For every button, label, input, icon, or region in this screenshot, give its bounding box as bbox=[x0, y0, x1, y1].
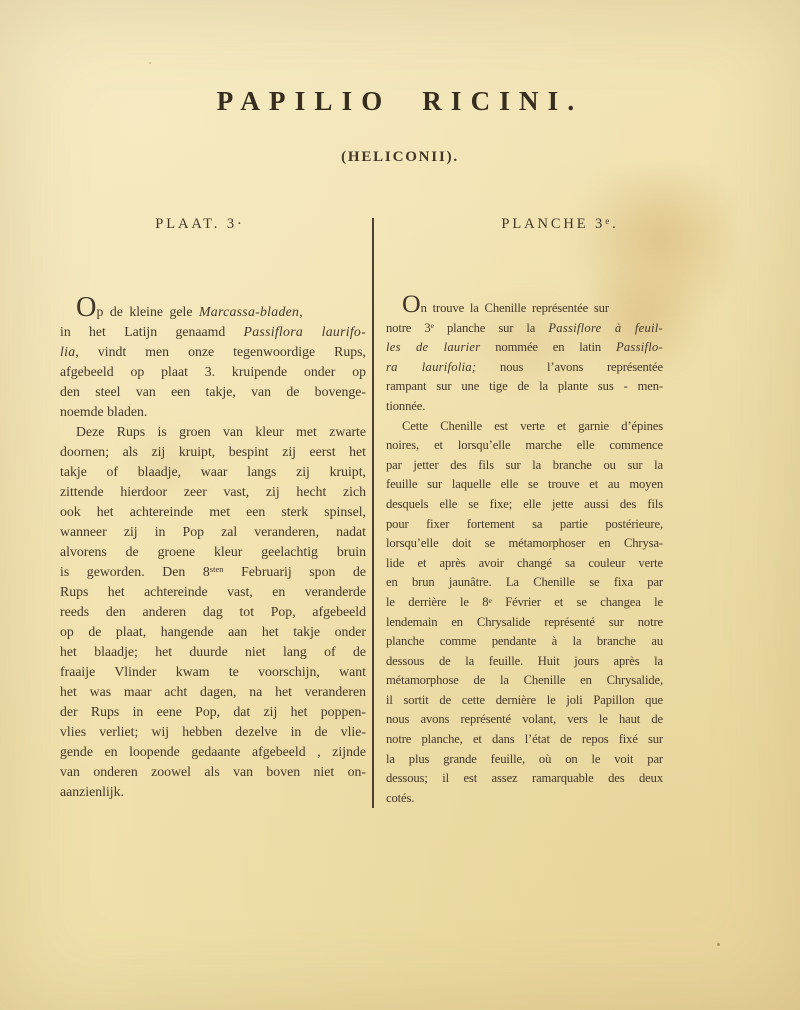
text-line: reeds den anderen dag tot Pop, afgebeeld bbox=[60, 602, 366, 622]
text-line: desquels elle se fixe; elle jette aussi … bbox=[386, 495, 663, 515]
right-column-heading: PLANCHE 3e. bbox=[420, 216, 700, 233]
paragraph: On trouve la Chenille représentée surnot… bbox=[386, 299, 663, 417]
text-line: noires, et lorsqu’elle marche elle comme… bbox=[386, 436, 663, 456]
text-line: notre 3e planche sur la Passiflore à feu… bbox=[386, 319, 663, 339]
text-line: On trouve la Chenille représentée sur bbox=[386, 299, 663, 319]
paper-speck bbox=[149, 62, 151, 64]
text-line: afgebeeld op plaat 3. kruipende onder op bbox=[60, 362, 366, 382]
paragraph: Deze Rups is groen van kleur met zwarted… bbox=[60, 422, 366, 802]
text-line: Cette Chenille est verte et garnie d’épi… bbox=[386, 417, 663, 437]
text-line: het was maar acht dagen, na het verander… bbox=[60, 682, 366, 702]
text-line: in het Latijn genaamd Passiflora laurifo… bbox=[60, 322, 366, 342]
text-line: zittende hierdoor zeer vast, zij hecht z… bbox=[60, 482, 366, 502]
text-line: par jetter des fils sur la branche ou su… bbox=[386, 456, 663, 476]
text-line: notre planche, et dans l’état de repos f… bbox=[386, 730, 663, 750]
text-line: nous avons représenté volant, vers le ha… bbox=[386, 710, 663, 730]
text-line: Op de kleine gele Marcassa-bladen, bbox=[60, 302, 366, 322]
text-line: tionnée. bbox=[386, 397, 663, 417]
text-line: cotés. bbox=[386, 789, 663, 809]
french-text-column: On trouve la Chenille représentée surnot… bbox=[386, 299, 663, 808]
text-line: lide et après avoir changé sa couleur ve… bbox=[386, 554, 663, 574]
text-line: doornen; als zij kruipt, bespint zij eer… bbox=[60, 442, 366, 462]
text-line: la plus grande feuille, où on le voit pa… bbox=[386, 750, 663, 770]
text-line: der Rups in eene Pop, dat zij het poppen… bbox=[60, 702, 366, 722]
text-line: métamorphose de la Chenille en Chrysalid… bbox=[386, 671, 663, 691]
text-line: en brun jaunâtre. La Chenille se fixa pa… bbox=[386, 573, 663, 593]
text-line: le derrière le 8e Février et se changea … bbox=[386, 593, 663, 613]
text-line: lorsqu’elle doit se métamorphoser en Chr… bbox=[386, 534, 663, 554]
text-line: takje of blaadje, waar langs zij kruipt, bbox=[60, 462, 366, 482]
text-line: gende en loopende gedaante afgebeeld , z… bbox=[60, 742, 366, 762]
text-line: aanzienlijk. bbox=[60, 782, 366, 802]
text-line: Rups het achtereinde vast, en veranderde bbox=[60, 582, 366, 602]
text-line: ra laurifolia; nous l’avons représentée bbox=[386, 358, 663, 378]
text-line: wanneer zij in Pop zal veranderen, nadat bbox=[60, 522, 366, 542]
text-line: het blaadje; het duurde niet lang of de bbox=[60, 642, 366, 662]
text-line: rampant sur une tige de la plante sus - … bbox=[386, 377, 663, 397]
paragraph: Op de kleine gele Marcassa-bladen,in het… bbox=[60, 302, 366, 422]
text-line: noemde bladen. bbox=[60, 402, 366, 422]
dutch-text-column: Op de kleine gele Marcassa-bladen,in het… bbox=[60, 302, 366, 802]
page-title: PAPILIO RICINI. bbox=[0, 86, 800, 117]
text-line: il sortit de cette dernière le joli Papi… bbox=[386, 691, 663, 711]
page-subtitle: (HELICONII). bbox=[0, 149, 800, 166]
text-line: op de plaat, hangende aan het takje onde… bbox=[60, 622, 366, 642]
text-line: pour fixer fortement sa partie postérieu… bbox=[386, 515, 663, 535]
book-page: PAPILIO RICINI. (HELICONII). PLAAT. 3· P… bbox=[0, 0, 800, 1010]
text-line: feuille sur laquelle elle se trouve et a… bbox=[386, 475, 663, 495]
column-divider-rule bbox=[372, 218, 374, 808]
dropcap: O bbox=[402, 289, 421, 318]
text-line: den steel van een takje, van de bovenge- bbox=[60, 382, 366, 402]
text-line: lendemain en Chrysalide représenté sur n… bbox=[386, 613, 663, 633]
text-line: van onderen zoowel als van boven niet on… bbox=[60, 762, 366, 782]
text-line: ook het achtereinde met een sterk spinse… bbox=[60, 502, 366, 522]
text-line: is geworden. Den 8sten Februarij spon de bbox=[60, 562, 366, 582]
text-line: dessous; il est assez ramarquable des de… bbox=[386, 769, 663, 789]
text-line: vlies verliet; wij hebben dezelve in de … bbox=[60, 722, 366, 742]
text-line: dessous de la feuille. Huit jours après … bbox=[386, 652, 663, 672]
left-column-heading: PLAAT. 3· bbox=[40, 216, 360, 233]
paragraph: Cette Chenille est verte et garnie d’épi… bbox=[386, 417, 663, 809]
text-line: les de laurier nommée en latin Passiflo- bbox=[386, 338, 663, 358]
dropcap: O bbox=[76, 292, 96, 323]
paper-speck bbox=[717, 943, 720, 946]
text-line: lia, vindt men onze tegenwoordige Rups, bbox=[60, 342, 366, 362]
text-line: alvorens de groene kleur geelachtig brui… bbox=[60, 542, 366, 562]
text-line: planche comme pendante à la branche au bbox=[386, 632, 663, 652]
text-line: Deze Rups is groen van kleur met zwarte bbox=[60, 422, 366, 442]
text-line: fraaije Vlinder kwam te voorschijn, want bbox=[60, 662, 366, 682]
